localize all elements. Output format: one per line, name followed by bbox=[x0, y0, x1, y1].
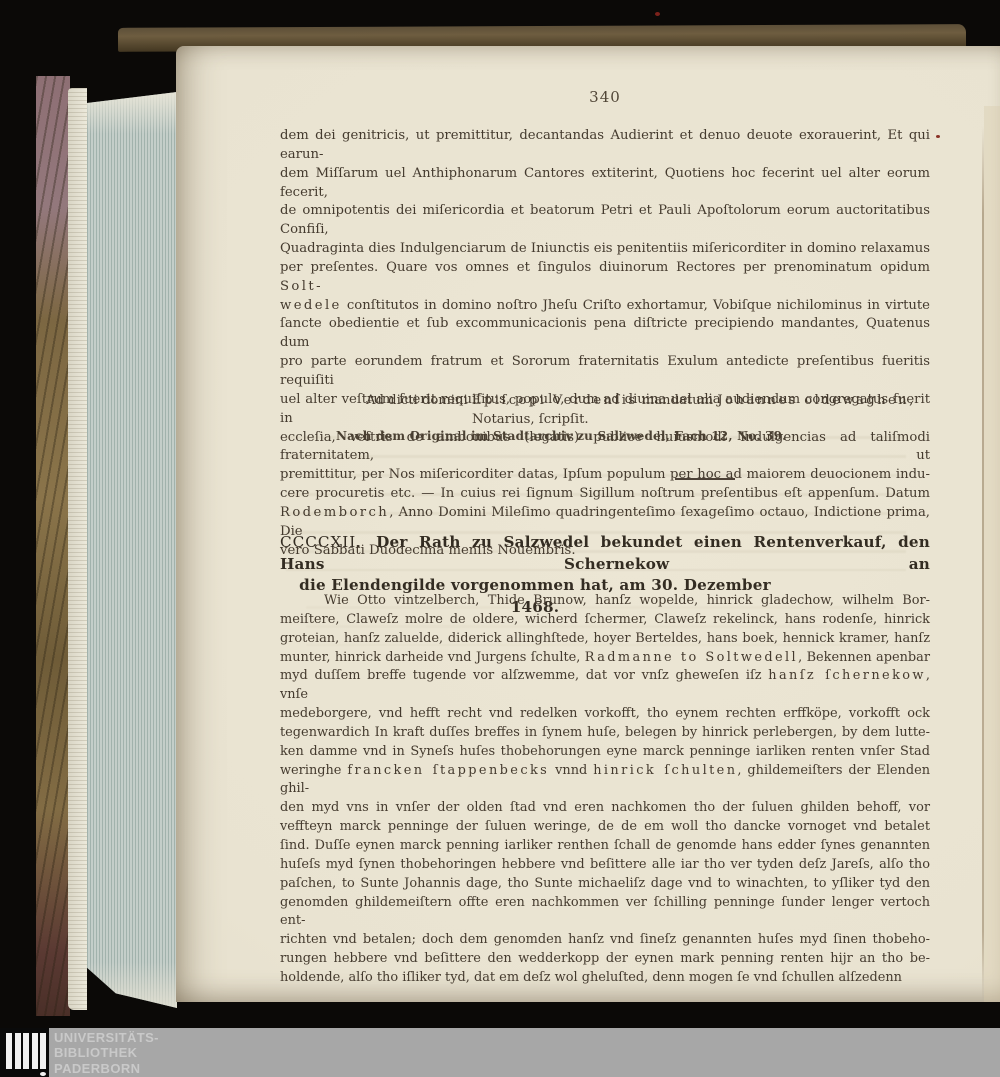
section-heading-line1: CCCCXII.Der Rath zu Salzwedel bekundet e… bbox=[280, 532, 930, 575]
text-line: wedele conſtitutos in domino noſtro Jheſ… bbox=[280, 297, 930, 316]
notary-attribution: Ad dicti domini Epiſcopi Verdenſis manda… bbox=[280, 391, 930, 429]
section-heading-text: Der Rath zu Salzwedel bekundet einen Ren… bbox=[280, 533, 930, 573]
text-line: dem dei genitricis, ut premittitur, deca… bbox=[280, 127, 930, 165]
text-line: den myd vns in vnſer der olden ſtad vnd … bbox=[280, 799, 930, 818]
text-line: munter, hinrick darheide vnd Jurgens ſch… bbox=[280, 649, 930, 668]
page-number: 340 bbox=[280, 88, 930, 106]
source-note: Nach dem Original im Stadtarchiv zu Salz… bbox=[336, 429, 787, 443]
gutter-shade bbox=[984, 106, 1000, 1002]
section-number: CCCCXII. bbox=[280, 533, 376, 551]
text-line: meiſtere, Claweſz molre de oldere, wiche… bbox=[280, 611, 930, 630]
text-line: rungen hebbere vnd beſittere den wedderk… bbox=[280, 950, 930, 969]
text-line: veffteyn marck penninge der ſuluen werin… bbox=[280, 818, 930, 837]
text-line: huſeſs myd ſynen thobehoringen hebbere v… bbox=[280, 856, 930, 875]
text-line: tegenwardich In kraft duſſes breffes in … bbox=[280, 724, 930, 743]
text-line: Wie Otto vintzelberch, Thide Brunow, han… bbox=[280, 592, 930, 611]
text-line: ſind. Duſſe eynen marck penning iarliker… bbox=[280, 837, 930, 856]
text-line: premittitur, per Nos miſericorditer data… bbox=[280, 466, 930, 485]
text-line: Ad dicti domini Epiſcopi Verdenſis manda… bbox=[280, 391, 930, 410]
text-line: genomden ghildemeiſtern offte eren nachk… bbox=[280, 894, 930, 932]
text-line: ken damme vnd in Syneſs huſes thobehorun… bbox=[280, 743, 930, 762]
dust-speck bbox=[936, 135, 940, 138]
book-scan-photo: 340 dem dei genitricis, ut premittitur, … bbox=[0, 0, 1000, 1077]
latin-paragraph: dem dei genitricis, ut premittitur, deca… bbox=[280, 127, 930, 560]
text-line: paſchen, to Sunte Johannis dage, tho Sun… bbox=[280, 875, 930, 894]
section-divider bbox=[675, 478, 735, 480]
text-line: Quadraginta dies Indulgenciarum de Iniun… bbox=[280, 240, 930, 259]
marbled-cover bbox=[36, 76, 70, 1016]
library-name-line2: BIBLIOTHEK bbox=[54, 1045, 159, 1060]
book-page: 340 dem dei genitricis, ut premittitur, … bbox=[176, 46, 1000, 1002]
library-logo bbox=[0, 1028, 49, 1077]
library-bars-icon bbox=[6, 1033, 48, 1075]
text-line: per preſentes. Quare vos omnes et ſingul… bbox=[280, 259, 930, 297]
library-name-line3: PADERBORN bbox=[54, 1061, 159, 1076]
library-banner: UNIVERSITÄTS- BIBLIOTHEK PADERBORN bbox=[0, 1028, 1000, 1077]
text-line: dem Miſſarum uel Anthiphonarum Cantores … bbox=[280, 165, 930, 203]
library-name: UNIVERSITÄTS- BIBLIOTHEK PADERBORN bbox=[54, 1030, 159, 1076]
page-gutter-crease bbox=[982, 126, 984, 1002]
library-name-line1: UNIVERSITÄTS- bbox=[54, 1030, 159, 1045]
text-line: pro parte eorundem fratrum et Sororum fr… bbox=[280, 353, 930, 391]
text-line: myd duſſem breffe tugende vor alſzwemme,… bbox=[280, 667, 930, 705]
text-line: groteian, hanſz zaluelde, diderick allin… bbox=[280, 630, 930, 649]
text-line: medeborgere, vnd hefft recht vnd redelke… bbox=[280, 705, 930, 724]
page-stack-fore-edge bbox=[68, 88, 87, 1010]
text-line: weringhe francken ſtappenbecks vnnd hinr… bbox=[280, 762, 930, 800]
text-line: ſancte obedientie et ſub excommunicacion… bbox=[280, 315, 930, 353]
text-line: cere procuretis etc. — In cuius rei ſign… bbox=[280, 485, 930, 504]
text-line: Notarius, ſcripſit. bbox=[280, 410, 930, 429]
dust-speck bbox=[655, 12, 660, 16]
text-line: holdende, alſo tho iſliker tyd, dat em d… bbox=[280, 969, 930, 988]
charter-body-paragraph: Wie Otto vintzelberch, Thide Brunow, han… bbox=[280, 592, 930, 988]
text-line: de omnipotentis dei miſericordia et beat… bbox=[280, 202, 930, 240]
text-line: richten vnd betalen; doch dem genomden h… bbox=[280, 931, 930, 950]
page-stack-colored-edges bbox=[87, 92, 177, 1008]
